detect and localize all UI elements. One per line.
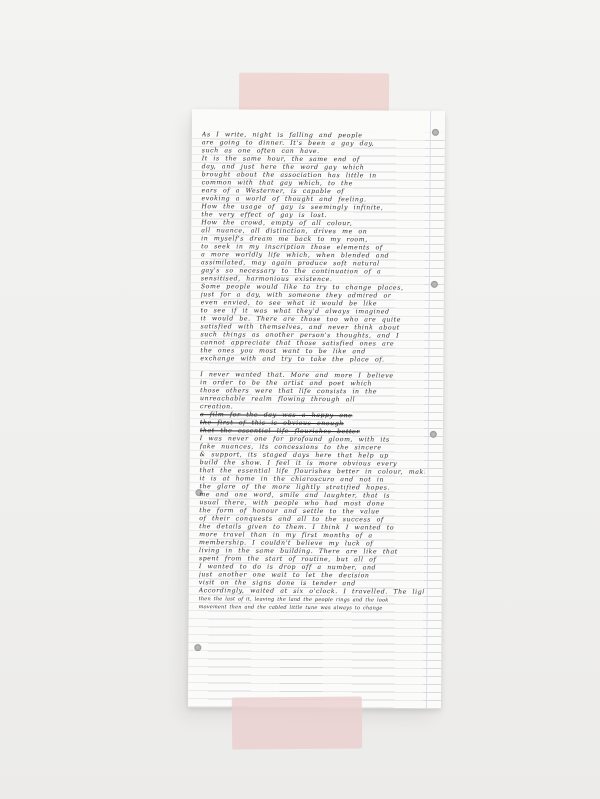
handwritten-text: As I write, night is falling and people … bbox=[199, 131, 427, 613]
punch-hole-2 bbox=[431, 281, 438, 288]
punch-hole-1 bbox=[432, 129, 439, 136]
note-line: unreachable realm flowing through all bbox=[200, 395, 425, 405]
punch-hole-3 bbox=[430, 431, 437, 438]
punch-hole-5 bbox=[194, 644, 201, 651]
wall-background: As I write, night is falling and people … bbox=[0, 0, 600, 799]
note-line: movement then and the cabled little tune… bbox=[199, 603, 424, 613]
note-line: exchange with and try to take the place … bbox=[200, 355, 425, 365]
pink-tape-bottom bbox=[232, 696, 362, 749]
handwritten-note-sheet: As I write, night is falling and people … bbox=[188, 109, 445, 709]
